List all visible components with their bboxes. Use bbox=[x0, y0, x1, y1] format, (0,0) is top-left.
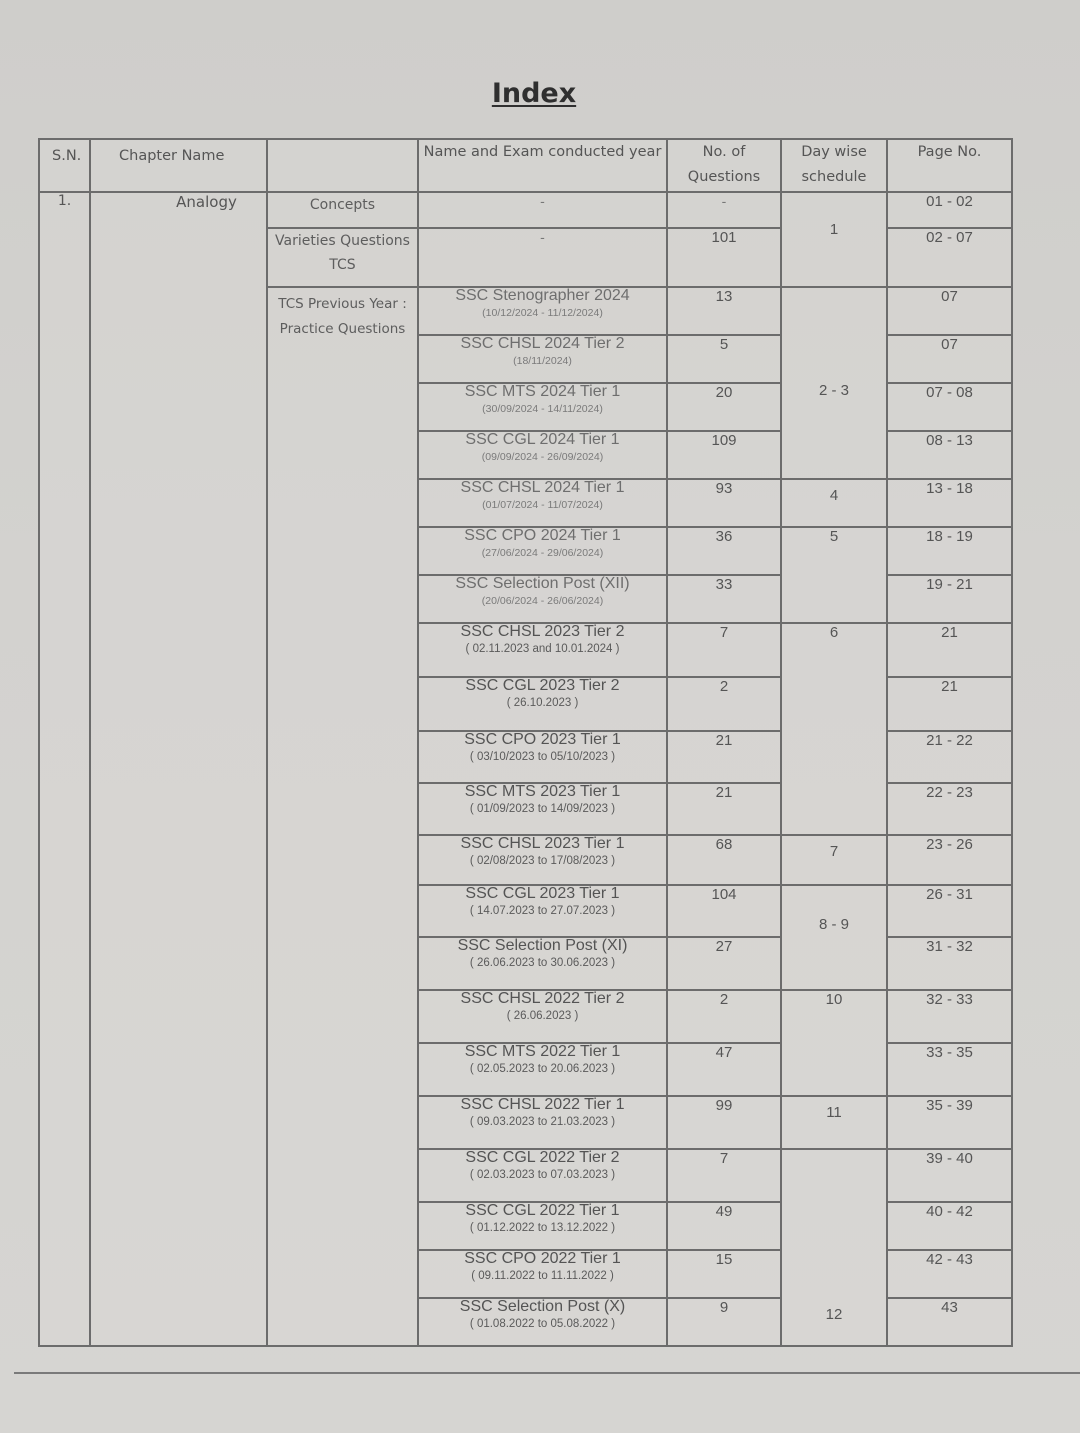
header-chapter: Chapter Name bbox=[90, 139, 267, 192]
questions-cell: 9 bbox=[667, 1298, 781, 1346]
exam-cell: SSC CHSL 2024 Tier 1(01/07/2024 - 11/07/… bbox=[418, 479, 667, 527]
page-cell: 07 bbox=[887, 287, 1012, 335]
exam-cell: SSC CHSL 2023 Tier 2( 02.11.2023 and 10.… bbox=[418, 623, 667, 677]
questions-cell: 104 bbox=[667, 885, 781, 937]
page-cell: 18 - 19 bbox=[887, 527, 1012, 575]
questions-cell: 7 bbox=[667, 623, 781, 677]
exam-cell: - bbox=[418, 228, 667, 287]
exam-cell: SSC CGL 2022 Tier 1( 01.12.2022 to 13.12… bbox=[418, 1202, 667, 1250]
header-day: Day wise schedule bbox=[781, 139, 887, 192]
questions-cell: 68 bbox=[667, 835, 781, 885]
day-cell: 12 bbox=[781, 1149, 887, 1346]
questions-cell: 99 bbox=[667, 1096, 781, 1149]
questions-cell: 5 bbox=[667, 335, 781, 383]
page-cell: 26 - 31 bbox=[887, 885, 1012, 937]
chapter-sn: 1. bbox=[39, 192, 90, 1346]
page-cell: 21 - 22 bbox=[887, 731, 1012, 783]
questions-cell: 21 bbox=[667, 731, 781, 783]
questions-cell: 47 bbox=[667, 1043, 781, 1096]
questions-cell: - bbox=[667, 192, 781, 228]
page-cell: 02 - 07 bbox=[887, 228, 1012, 287]
page-cell: 43 bbox=[887, 1298, 1012, 1346]
page-cell: 01 - 02 bbox=[887, 192, 1012, 228]
exam-cell: SSC CPO 2022 Tier 1( 09.11.2022 to 11.11… bbox=[418, 1250, 667, 1298]
questions-cell: 20 bbox=[667, 383, 781, 431]
page-cell: 19 - 21 bbox=[887, 575, 1012, 623]
page-cell: 22 - 23 bbox=[887, 783, 1012, 835]
page-cell: 32 - 33 bbox=[887, 990, 1012, 1043]
day-cell: 8 - 9 bbox=[781, 885, 887, 990]
day-cell: 5 bbox=[781, 527, 887, 623]
exam-cell: SSC CGL 2023 Tier 1( 14.07.2023 to 27.07… bbox=[418, 885, 667, 937]
questions-cell: 109 bbox=[667, 431, 781, 479]
page-cell: 40 - 42 bbox=[887, 1202, 1012, 1250]
questions-cell: 101 bbox=[667, 228, 781, 287]
questions-cell: 2 bbox=[667, 990, 781, 1043]
exam-cell: SSC CHSL 2022 Tier 2( 26.06.2023 ) bbox=[418, 990, 667, 1043]
page-cell: 33 - 35 bbox=[887, 1043, 1012, 1096]
exam-cell: SSC CGL 2022 Tier 2( 02.03.2023 to 07.03… bbox=[418, 1149, 667, 1202]
day-cell: 1 bbox=[781, 192, 887, 287]
questions-cell: 93 bbox=[667, 479, 781, 527]
header-sn: S.N. bbox=[39, 139, 90, 192]
page-cell: 42 - 43 bbox=[887, 1250, 1012, 1298]
day-cell: 2 - 3 bbox=[781, 287, 887, 479]
section-varieties: Varieties Questions TCS bbox=[267, 228, 418, 287]
exam-cell: SSC Selection Post (X)( 01.08.2022 to 05… bbox=[418, 1298, 667, 1346]
exam-cell: SSC CGL 2023 Tier 2( 26.10.2023 ) bbox=[418, 677, 667, 731]
questions-cell: 27 bbox=[667, 937, 781, 990]
page-cell: 13 - 18 bbox=[887, 479, 1012, 527]
page-cell: 39 - 40 bbox=[887, 1149, 1012, 1202]
chapter-name: Analogy bbox=[90, 192, 267, 1346]
page-cell: 21 bbox=[887, 677, 1012, 731]
exam-cell: SSC CPO 2023 Tier 1( 03/10/2023 to 05/10… bbox=[418, 731, 667, 783]
page-cell: 35 - 39 bbox=[887, 1096, 1012, 1149]
page-title: Index bbox=[0, 78, 1080, 109]
exam-cell: SSC CPO 2024 Tier 1(27/06/2024 - 29/06/2… bbox=[418, 527, 667, 575]
index-table: S.N. Chapter Name Name and Exam conducte… bbox=[38, 138, 1013, 1347]
section-tcs-previous-year: TCS Previous Year : Practice Questions bbox=[267, 287, 418, 1346]
table-row: 1. Analogy Concepts - - 1 01 - 02 bbox=[39, 192, 1012, 228]
exam-cell: SSC MTS 2024 Tier 1(30/09/2024 - 14/11/2… bbox=[418, 383, 667, 431]
exam-cell: SSC CHSL 2022 Tier 1( 09.03.2023 to 21.0… bbox=[418, 1096, 667, 1149]
header-row: S.N. Chapter Name Name and Exam conducte… bbox=[39, 139, 1012, 192]
header-exam: Name and Exam conducted year bbox=[418, 139, 667, 192]
day-cell: 6 bbox=[781, 623, 887, 835]
page-cell: 23 - 26 bbox=[887, 835, 1012, 885]
page-cell: 08 - 13 bbox=[887, 431, 1012, 479]
exam-cell: SSC Selection Post (XII)(20/06/2024 - 26… bbox=[418, 575, 667, 623]
section-concepts: Concepts bbox=[267, 192, 418, 228]
exam-cell: SSC Selection Post (XI)( 26.06.2023 to 3… bbox=[418, 937, 667, 990]
questions-cell: 49 bbox=[667, 1202, 781, 1250]
day-cell: 4 bbox=[781, 479, 887, 527]
questions-cell: 21 bbox=[667, 783, 781, 835]
header-section bbox=[267, 139, 418, 192]
questions-cell: 7 bbox=[667, 1149, 781, 1202]
questions-cell: 2 bbox=[667, 677, 781, 731]
exam-cell: - bbox=[418, 192, 667, 228]
day-cell: 7 bbox=[781, 835, 887, 885]
day-cell: 10 bbox=[781, 990, 887, 1096]
page-cell: 31 - 32 bbox=[887, 937, 1012, 990]
questions-cell: 13 bbox=[667, 287, 781, 335]
page-cell: 21 bbox=[887, 623, 1012, 677]
exam-cell: SSC CHSL 2024 Tier 2(18/11/2024) bbox=[418, 335, 667, 383]
page-cell: 07 bbox=[887, 335, 1012, 383]
header-page: Page No. bbox=[887, 139, 1012, 192]
exam-cell: SSC CHSL 2023 Tier 1( 02/08/2023 to 17/0… bbox=[418, 835, 667, 885]
exam-cell: SSC MTS 2023 Tier 1( 01/09/2023 to 14/09… bbox=[418, 783, 667, 835]
page-cell: 07 - 08 bbox=[887, 383, 1012, 431]
day-cell: 11 bbox=[781, 1096, 887, 1149]
exam-cell: SSC CGL 2024 Tier 1(09/09/2024 - 26/09/2… bbox=[418, 431, 667, 479]
questions-cell: 33 bbox=[667, 575, 781, 623]
exam-cell: SSC MTS 2022 Tier 1( 02.05.2023 to 20.06… bbox=[418, 1043, 667, 1096]
questions-cell: 15 bbox=[667, 1250, 781, 1298]
exam-cell: SSC Stenographer 2024(10/12/2024 - 11/12… bbox=[418, 287, 667, 335]
questions-cell: 36 bbox=[667, 527, 781, 575]
page-bottom-rule bbox=[14, 1372, 1080, 1374]
header-questions: No. of Questions bbox=[667, 139, 781, 192]
